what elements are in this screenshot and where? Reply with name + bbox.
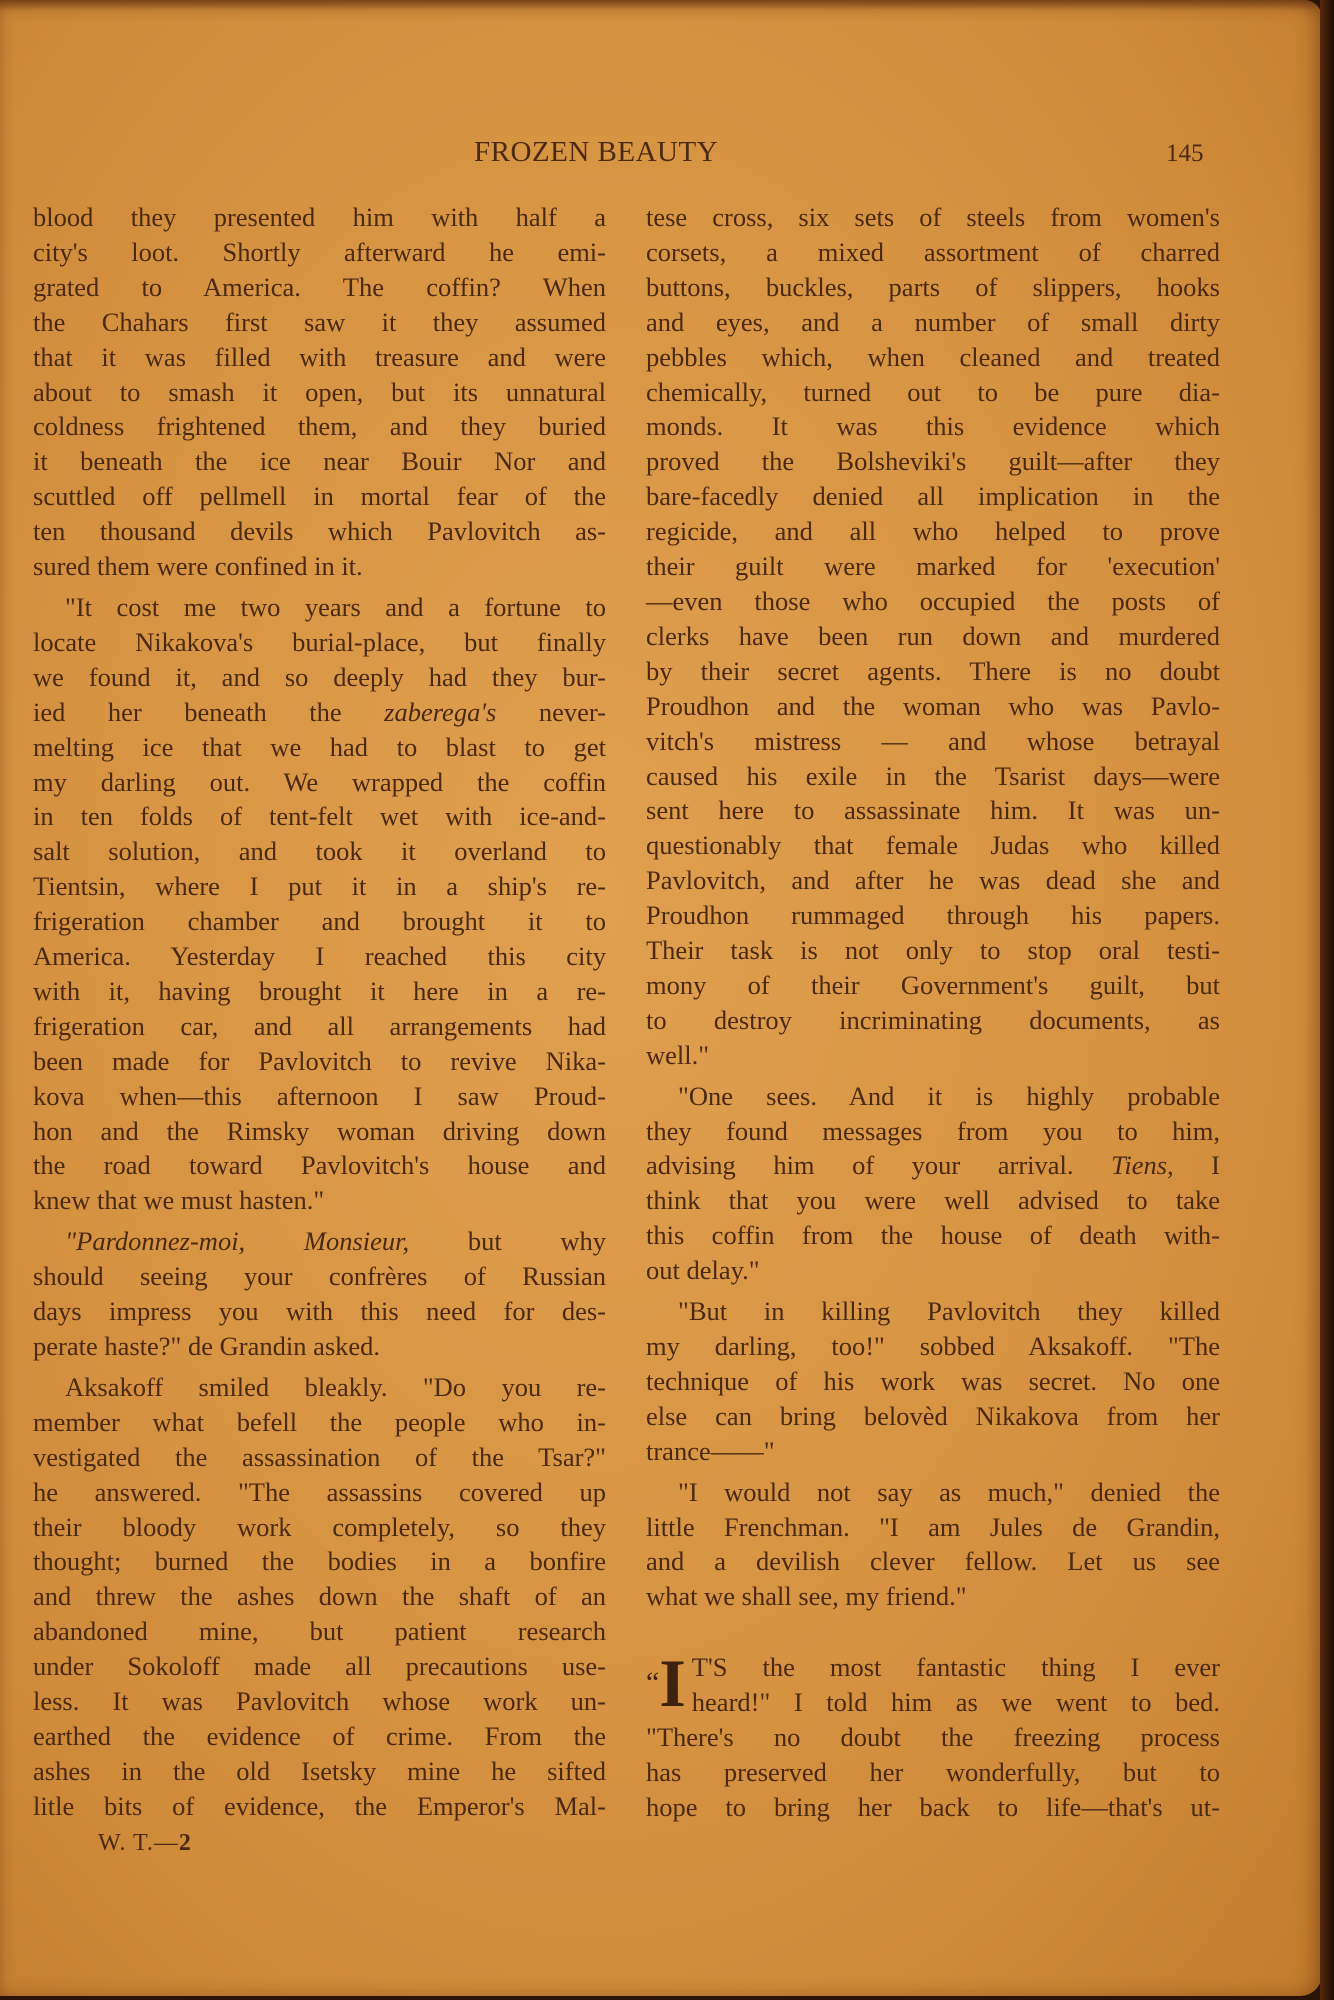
- text-line: the road toward Pavlovitch's house and: [33, 1148, 606, 1183]
- text-line: well.": [646, 1038, 1220, 1073]
- text-line: regicide, and all who helped to prove: [646, 514, 1220, 549]
- text-line: member what befell the people who in-: [33, 1405, 606, 1440]
- text-line: about to smash it open, but its unnatura…: [33, 375, 606, 410]
- text-fragment: ied her beneath the: [33, 697, 384, 727]
- text-line: my darling out. We wrapped the coffin: [33, 765, 606, 800]
- text-line: what we shall see, my friend.": [646, 1579, 1220, 1614]
- paragraph: "I would not say as much," denied the li…: [646, 1475, 1220, 1615]
- text-line: and a devilish clever fellow. Let us see: [646, 1544, 1220, 1579]
- text-line: vestigated the assassination of the Tsar…: [33, 1440, 606, 1475]
- text-line: technique of his work was secret. No one: [646, 1364, 1220, 1399]
- text-line: that it was filled with treasure and wer…: [33, 340, 606, 375]
- text-line: Tientsin, where I put it in a ship's re-: [33, 869, 606, 904]
- text-line: think that you were well advised to take: [646, 1183, 1220, 1218]
- text-line: less. It was Pavlovitch whose work un-: [33, 1684, 606, 1719]
- paragraph: tese cross, six sets of steels from wome…: [646, 200, 1220, 1073]
- text-line: "It cost me two years and a fortune to: [33, 590, 606, 625]
- text-line: caused his exile in the Tsarist days—wer…: [646, 759, 1220, 794]
- text-line: corsets, a mixed assortment of charred: [646, 235, 1220, 270]
- text-line: my darling, too!" sobbed Aksakoff. "The: [646, 1329, 1220, 1364]
- paragraph: "It cost me two years and a fortune to l…: [33, 590, 606, 1218]
- text-line: tese cross, six sets of steels from wome…: [646, 200, 1220, 235]
- text-line: locate Nikakova's burial-place, but fina…: [33, 625, 606, 660]
- text-line: vitch's mistress — and whose betrayal: [646, 724, 1220, 759]
- text-line: T'S the most fantastic thing I ever: [646, 1650, 1220, 1685]
- page-edge-shadow: [1320, 0, 1334, 2000]
- text-line: grated to America. The coffin? When: [33, 270, 606, 305]
- drop-cap-letter: I: [659, 1645, 685, 1721]
- right-column: tese cross, six sets of steels from wome…: [646, 200, 1220, 1831]
- text-fragment: I: [1174, 1150, 1220, 1180]
- left-column: blood they presented him with half a cit…: [33, 200, 606, 1830]
- text-line: blood they presented him with half a: [33, 200, 606, 235]
- paragraph: "One sees. And it is highly probable the…: [646, 1079, 1220, 1288]
- text-line: Their task is not only to stop oral test…: [646, 933, 1220, 968]
- italic-term: Pardonnez-moi, Monsieur,: [76, 1226, 409, 1256]
- text-line: and threw the ashes down the shaft of an: [33, 1579, 606, 1614]
- text-fragment: but why: [409, 1226, 606, 1256]
- text-line: city's loot. Shortly afterward he emi-: [33, 235, 606, 270]
- running-head: FROZEN BEAUTY 145: [0, 136, 1322, 176]
- text-line: has preserved her wonderfully, but to: [646, 1755, 1220, 1790]
- text-line: knew that we must hasten.": [33, 1183, 606, 1218]
- section-opening-paragraph: “I T'S the most fantastic thing I ever h…: [646, 1650, 1220, 1825]
- text-line: Aksakoff smiled bleakly. "Do you re-: [33, 1370, 606, 1405]
- signature-prefix: W. T.—: [98, 1830, 179, 1856]
- text-line: with it, having brought it here in a re-: [33, 974, 606, 1009]
- text-line: clerks have been run down and murdered: [646, 619, 1220, 654]
- text-line: proved the Bolsheviki's guilt—after they: [646, 444, 1220, 479]
- text-line: ten thousand devils which Pavlovitch as-: [33, 514, 606, 549]
- text-line: he answered. "The assassins covered up: [33, 1475, 606, 1510]
- running-title: FROZEN BEAUTY: [474, 136, 718, 169]
- paragraph: Aksakoff smiled bleakly. "Do you re- mem…: [33, 1370, 606, 1824]
- text-line: out delay.": [646, 1253, 1220, 1288]
- text-line: sent here to assassinate him. It was un-: [646, 793, 1220, 828]
- text-line: earthed the evidence of crime. From the: [33, 1719, 606, 1754]
- text-line: thought; burned the bodies in a bonfire: [33, 1544, 606, 1579]
- text-line: "One sees. And it is highly probable: [646, 1079, 1220, 1114]
- book-page: FROZEN BEAUTY 145 blood they presented h…: [0, 0, 1322, 1996]
- text-line: frigeration chamber and brought it to: [33, 904, 606, 939]
- text-line: in ten folds of tent-felt wet with ice-a…: [33, 799, 606, 834]
- text-line: Pavlovitch, and after he was dead she an…: [646, 863, 1220, 898]
- text-line: the Chahars first saw it they assumed: [33, 305, 606, 340]
- signature-mark: W. T.—2: [98, 1830, 192, 1857]
- text-line: coldness frightened them, and they burie…: [33, 409, 606, 444]
- text-line: frigeration car, and all arrangements ha…: [33, 1009, 606, 1044]
- text-line: under Sokoloff made all precautions use-: [33, 1649, 606, 1684]
- open-quote: “: [646, 1666, 659, 1699]
- italic-term: zaberega's: [384, 697, 496, 727]
- text-line: America. Yesterday I reached this city: [33, 939, 606, 974]
- text-line: "There's no doubt the freezing process: [646, 1720, 1220, 1755]
- text-line: abandoned mine, but patient research: [33, 1614, 606, 1649]
- text-line: pebbles which, when cleaned and treated: [646, 340, 1220, 375]
- text-line: else can bring belovèd Nikakova from her: [646, 1399, 1220, 1434]
- text-fragment: advising him of your arrival.: [646, 1150, 1111, 1180]
- text-line: ied her beneath the zaberega's never-: [33, 695, 606, 730]
- text-line: litle bits of evidence, the Emperor's Ma…: [33, 1789, 606, 1824]
- text-line: should seeing your confrères of Russian: [33, 1259, 606, 1294]
- paragraph: "But in killing Pavlovitch they killed m…: [646, 1294, 1220, 1469]
- text-line: —even those who occupied the posts of: [646, 584, 1220, 619]
- drop-cap: “I: [646, 1654, 686, 1712]
- text-line: they found messages from you to him,: [646, 1114, 1220, 1149]
- text-line: sured them were confined in it.: [33, 549, 606, 584]
- text-line: little Frenchman. "I am Jules de Grandin…: [646, 1510, 1220, 1545]
- text-line: scuttled off pellmell in mortal fear of …: [33, 479, 606, 514]
- text-line: perate haste?" de Grandin asked.: [33, 1329, 606, 1364]
- text-line: to destroy incriminating documents, as: [646, 1003, 1220, 1038]
- text-line: it beneath the ice near Bouir Nor and: [33, 444, 606, 479]
- text-line: by their secret agents. There is no doub…: [646, 654, 1220, 689]
- text-line: "I would not say as much," denied the: [646, 1475, 1220, 1510]
- text-line: hon and the Rimsky woman driving down: [33, 1114, 606, 1149]
- text-line: "But in killing Pavlovitch they killed: [646, 1294, 1220, 1329]
- text-line: mony of their Government's guilt, but: [646, 968, 1220, 1003]
- text-line: hope to bring her back to life—that's ut…: [646, 1790, 1220, 1825]
- text-line: days impress you with this need for des-: [33, 1294, 606, 1329]
- text-line: chemically, turned out to be pure dia-: [646, 375, 1220, 410]
- text-line: and eyes, and a number of small dirty: [646, 305, 1220, 340]
- paragraph: blood they presented him with half a cit…: [33, 200, 606, 584]
- text-line: trance——": [646, 1434, 1220, 1469]
- text-line: salt solution, and took it overland to: [33, 834, 606, 869]
- text-line: heard!" I told him as we went to bed.: [646, 1685, 1220, 1720]
- text-line: Proudhon and the woman who was Pavlo-: [646, 689, 1220, 724]
- italic-term: ": [65, 1226, 76, 1256]
- text-line: melting ice that we had to blast to get: [33, 730, 606, 765]
- text-line: their guilt were marked for 'execution': [646, 549, 1220, 584]
- text-line: advising him of your arrival. Tiens, I: [646, 1148, 1220, 1183]
- text-line: been made for Pavlovitch to revive Nika-: [33, 1044, 606, 1079]
- text-line: this coffin from the house of death with…: [646, 1218, 1220, 1253]
- text-line: we found it, and so deeply had they bur-: [33, 660, 606, 695]
- text-line: buttons, buckles, parts of slippers, hoo…: [646, 270, 1220, 305]
- section-break: [646, 1620, 1220, 1650]
- text-line: their bloody work completely, so they: [33, 1510, 606, 1545]
- paragraph: "Pardonnez-moi, Monsieur, but why should…: [33, 1224, 606, 1364]
- text-line: monds. It was this evidence which: [646, 409, 1220, 444]
- page-top-shadow: [0, 0, 1322, 10]
- text-line: "Pardonnez-moi, Monsieur, but why: [33, 1224, 606, 1259]
- text-line: questionably that female Judas who kille…: [646, 828, 1220, 863]
- italic-term: Tiens,: [1111, 1150, 1174, 1180]
- text-line: kova when—this afternoon I saw Proud-: [33, 1079, 606, 1114]
- text-line: bare-facedly denied all implication in t…: [646, 479, 1220, 514]
- text-line: ashes in the old Isetsky mine he sifted: [33, 1754, 606, 1789]
- signature-number: 2: [179, 1830, 192, 1856]
- text-fragment: never-: [496, 697, 606, 727]
- text-line: Proudhon rummaged through his papers.: [646, 898, 1220, 933]
- page-number: 145: [1166, 140, 1204, 168]
